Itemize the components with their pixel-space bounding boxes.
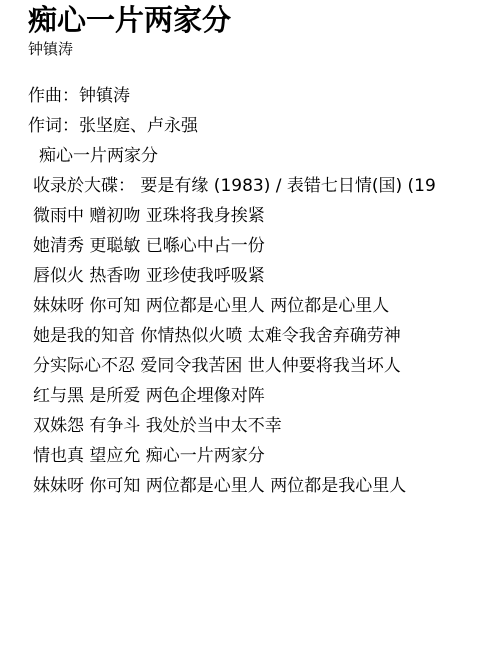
lyric-line: 红与黑 是所爱 两色企埋像对阵 (0, 381, 500, 411)
composer-line: 作曲：钟镇涛 (0, 81, 500, 111)
page-title: 痴心一片两家分 (0, 0, 500, 38)
lyric-line: 妹妹呀 你可知 两位都是心里人 两位都是我心里人 (0, 471, 500, 501)
lyrics-page: 痴心一片两家分 钟镇涛 作曲：钟镇涛 作词：张坚庭、卢永强 痴心一片两家分 收录… (0, 0, 500, 670)
song-title-line: 痴心一片两家分 (0, 141, 500, 171)
lyric-line: 她是我的知音 你情热似火喷 太难令我舍弃确劳神 (0, 321, 500, 351)
lyric-line: 双姝怨 有争斗 我处於当中太不幸 (0, 411, 500, 441)
lyric-line: 分实际心不忍 爱同令我苦困 世人仲要将我当坏人 (0, 351, 500, 381)
lyrics-content: 作曲：钟镇涛 作词：张坚庭、卢永强 痴心一片两家分 收录於大碟： 要是有缘 (1… (0, 81, 500, 501)
artist-name: 钟镇涛 (0, 38, 500, 60)
lyricist-line: 作词：张坚庭、卢永强 (0, 111, 500, 141)
lyric-line: 她清秀 更聪敏 已喺心中占一份 (0, 231, 500, 261)
album-line: 收录於大碟： 要是有缘 (1983) / 表错七日情(国) (19 (0, 171, 500, 201)
lyric-line: 情也真 望应允 痴心一片两家分 (0, 441, 500, 471)
lyric-line: 唇似火 热香吻 亚珍使我呼吸紧 (0, 261, 500, 291)
lyric-line: 微雨中 赠初吻 亚珠将我身挨紧 (0, 201, 500, 231)
lyric-line: 妹妹呀 你可知 两位都是心里人 两位都是心里人 (0, 291, 500, 321)
